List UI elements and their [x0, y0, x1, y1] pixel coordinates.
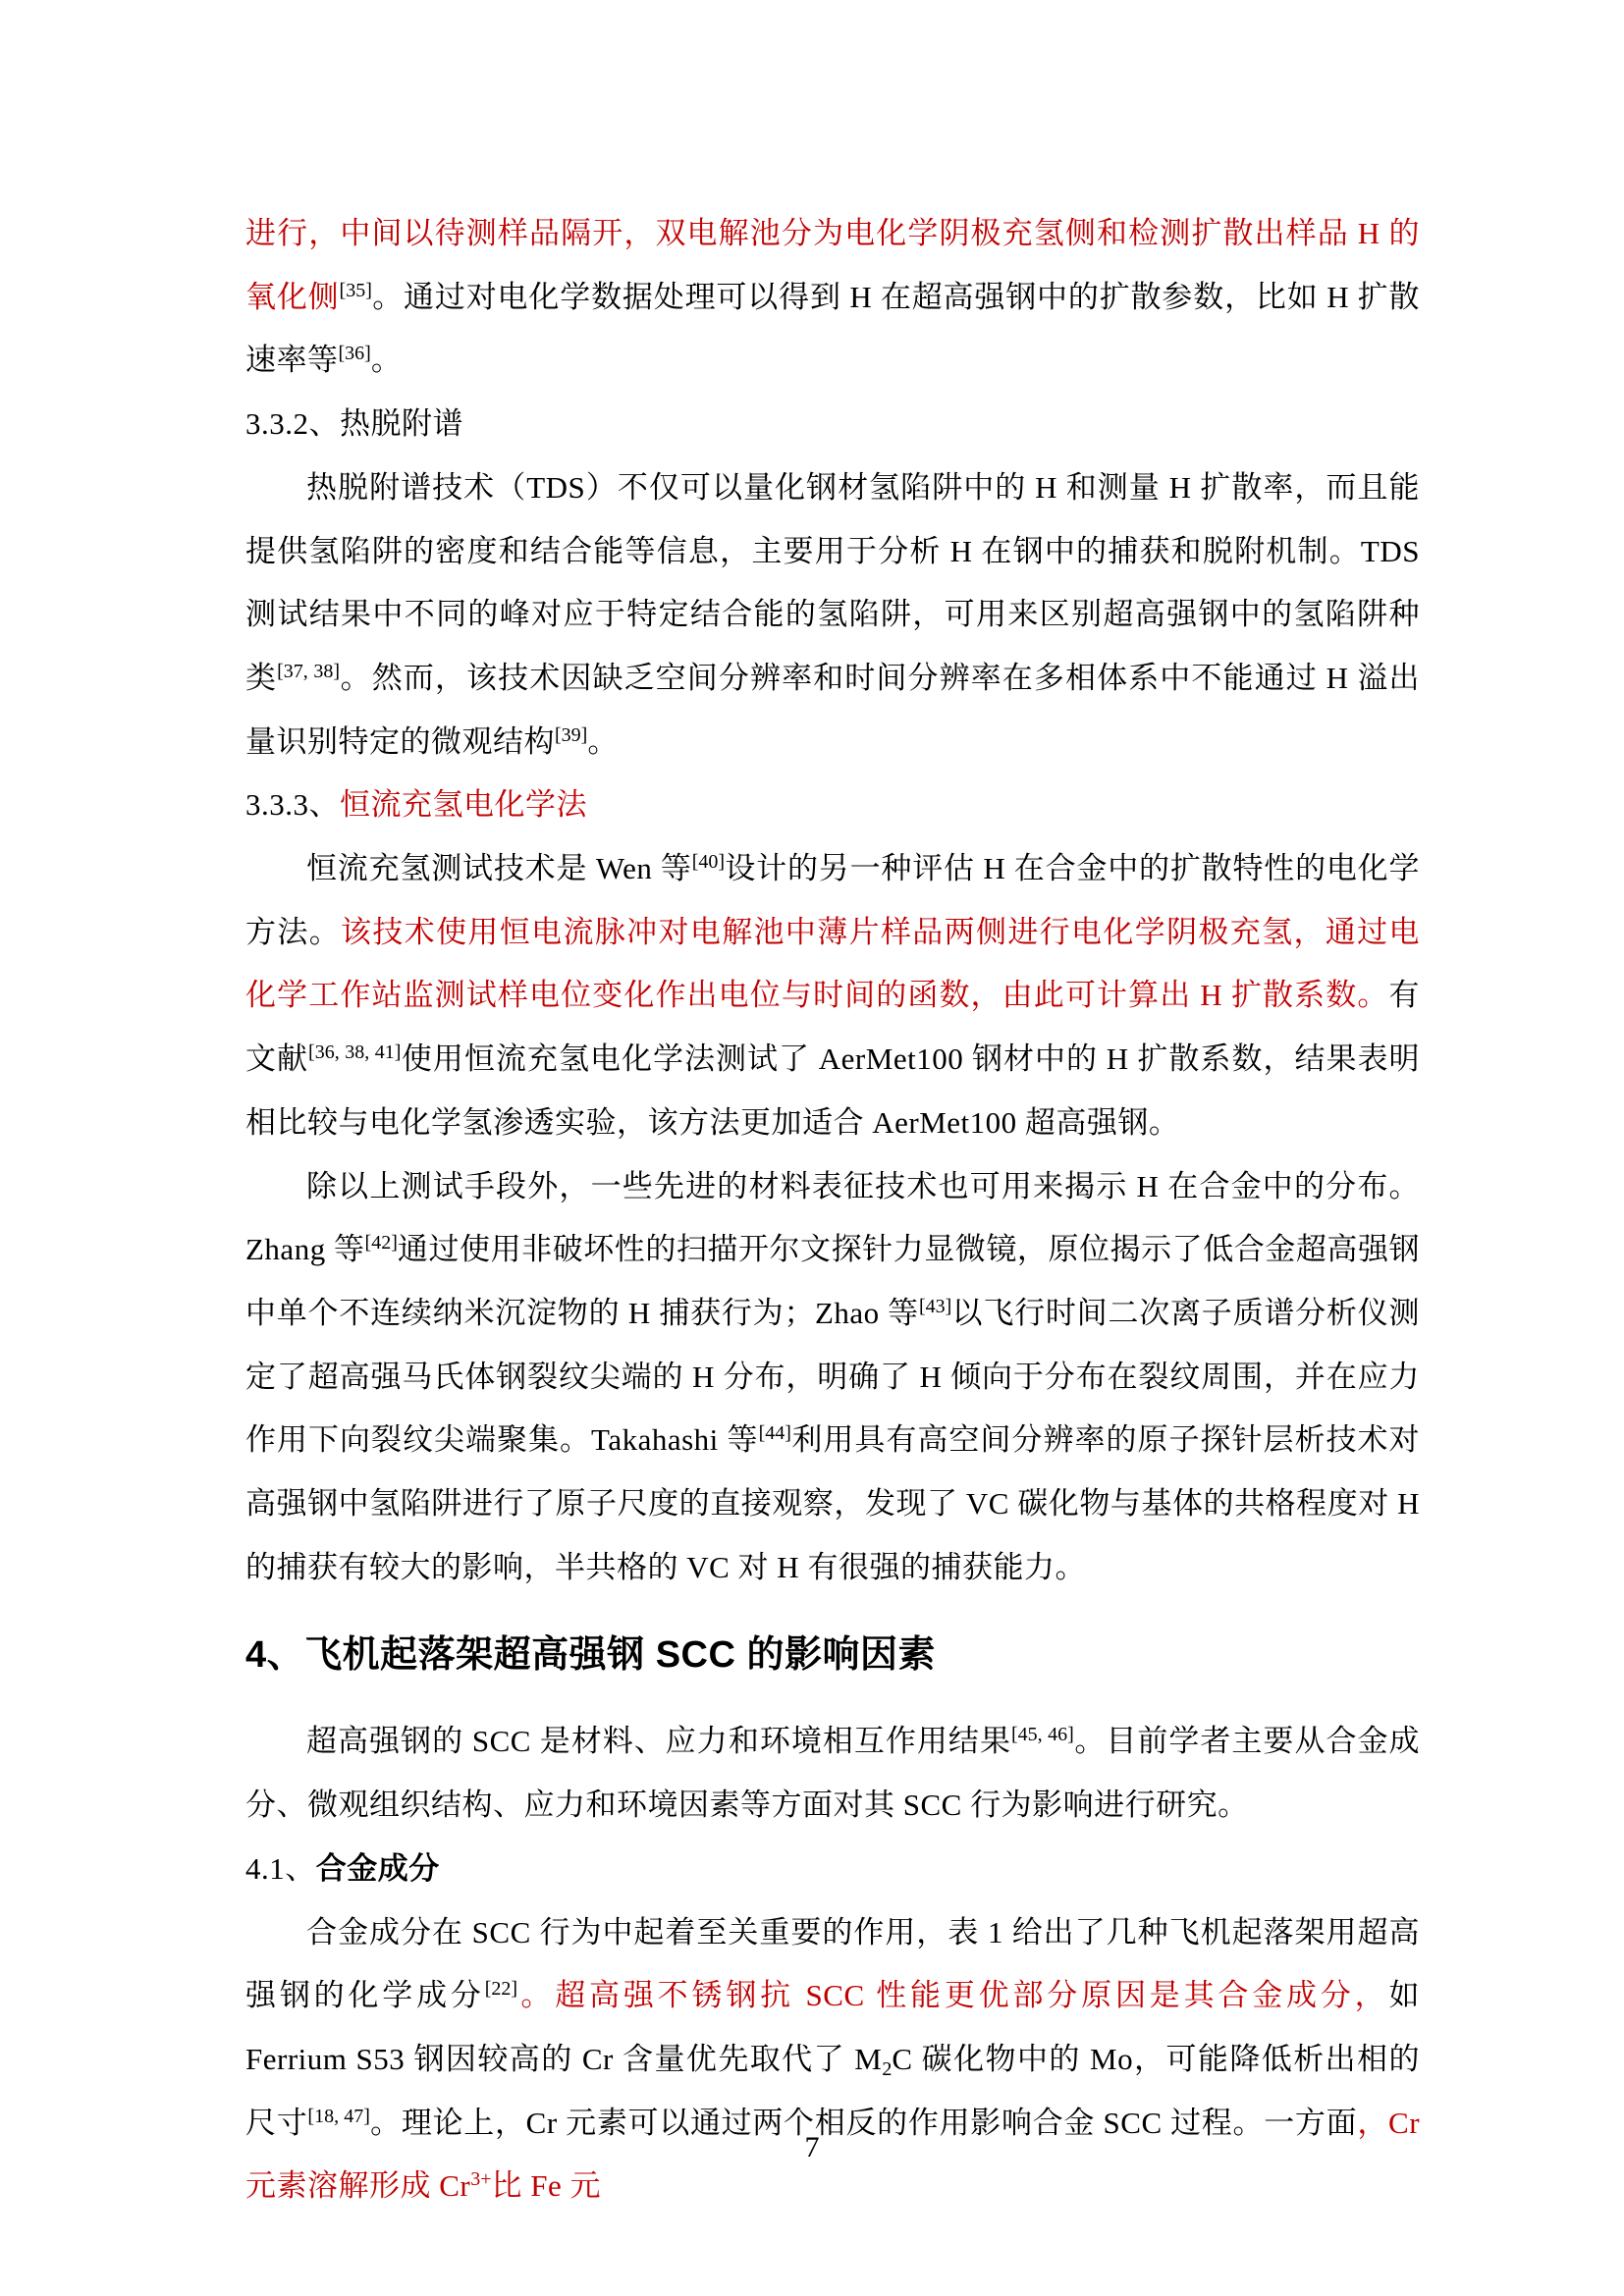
document-page: 进行，中间以待测样品隔开，双电解池分为电化学阴极充氢侧和检测扩散出样品 H 的氧…: [0, 0, 1624, 2296]
text-run: 。: [587, 724, 619, 759]
citation-superscript: 3+: [470, 2168, 491, 2190]
heading-4-1-alloy-composition: 4.1、合金成分: [245, 1838, 1420, 1901]
text-run: 合金成分: [316, 1851, 440, 1886]
text-run: 恒流充氢测试技术是 Wen 等: [306, 851, 692, 885]
citation-superscript: [44]: [759, 1422, 791, 1444]
text-run: 4、飞机起落架超高强钢 SCC 的影响因素: [245, 1634, 936, 1676]
paragraph-scc-overview: 超高强钢的 SCC 是材料、应力和环境相互作用结果[45, 46]。目前学者主要…: [245, 1710, 1420, 1837]
heading-3-3-3-constant-current: 3.3.3、恒流充氢电化学法: [245, 774, 1420, 837]
heading-3-3-2-thermal-desorption: 3.3.2、热脱附谱: [245, 393, 1420, 456]
page-number: 7: [805, 2131, 820, 2163]
heading-4-scc-factors: 4、飞机起落架超高强钢 SCC 的影响因素: [245, 1621, 1420, 1689]
text-run: 3.3.2、热脱附谱: [245, 406, 463, 441]
text-run: 3.3.3、: [245, 787, 340, 822]
citation-superscript: [42]: [365, 1232, 398, 1254]
text-run: 使用恒流充氢电化学法测试了 AerMet100 钢材中的 H 扩散系数，结果表明…: [245, 1041, 1420, 1140]
citation-superscript: [18, 47]: [307, 2106, 370, 2127]
paragraph-continued-electrochemical: 进行，中间以待测样品隔开，双电解池分为电化学阴极充氢侧和检测扩散出样品 H 的氧…: [245, 202, 1420, 393]
document-body: 进行，中间以待测样品隔开，双电解池分为电化学阴极充氢侧和检测扩散出样品 H 的氧…: [245, 202, 1420, 2218]
citation-superscript: [36, 38, 41]: [308, 1041, 401, 1063]
page-footer: 7: [0, 2128, 1624, 2167]
text-run: 。: [371, 343, 403, 377]
paragraph-alloy-composition: 合金成分在 SCC 行为中起着至关重要的作用，表 1 给出了几种飞机起落架用超高…: [245, 1901, 1420, 2219]
chemical-subscript: 2: [882, 2058, 892, 2080]
citation-superscript: [39]: [555, 724, 587, 746]
text-run: 。通过对电化学数据处理可以得到 H 在超高强钢中的扩散参数，比如 H 扩散速率等: [245, 280, 1420, 378]
citation-superscript: [40]: [692, 851, 725, 873]
text-run: 。超高强不锈钢抗 SCC 性能更优部分原因是其合金成分，: [517, 1978, 1388, 2012]
citation-superscript: [22]: [485, 1978, 517, 2000]
text-run: 该技术使用恒电流脉冲对电解池中薄片样品两侧进行电化学阴极充氢，通过电化学工作站监…: [245, 915, 1420, 1013]
citation-superscript: [36]: [339, 343, 371, 364]
text-run: 恒流充氢电化学法: [340, 787, 587, 822]
text-run: 。然而，该技术因缺乏空间分辨率和时间分辨率在多相体系中不能通过 H 溢出量识别特…: [245, 661, 1420, 759]
citation-superscript: [37, 38]: [277, 661, 340, 682]
paragraph-advanced-characterization: 除以上测试手段外，一些先进的材料表征技术也可用来揭示 H 在合金中的分布。Zha…: [245, 1155, 1420, 1600]
text-run: 比 Fe 元: [492, 2168, 602, 2203]
citation-superscript: [45, 46]: [1011, 1724, 1074, 1745]
citation-superscript: [43]: [919, 1296, 951, 1317]
text-run: 4.1、: [245, 1851, 316, 1886]
text-run: 超高强钢的 SCC 是材料、应力和环境相互作用结果: [306, 1724, 1011, 1758]
citation-superscript: [35]: [340, 280, 372, 301]
paragraph-constant-current-method: 恒流充氢测试技术是 Wen 等[40]设计的另一种评估 H 在合金中的扩散特性的…: [245, 837, 1420, 1155]
paragraph-tds: 热脱附谱技术（TDS）不仅可以量化钢材氢陷阱中的 H 和测量 H 扩散率，而且能…: [245, 456, 1420, 774]
